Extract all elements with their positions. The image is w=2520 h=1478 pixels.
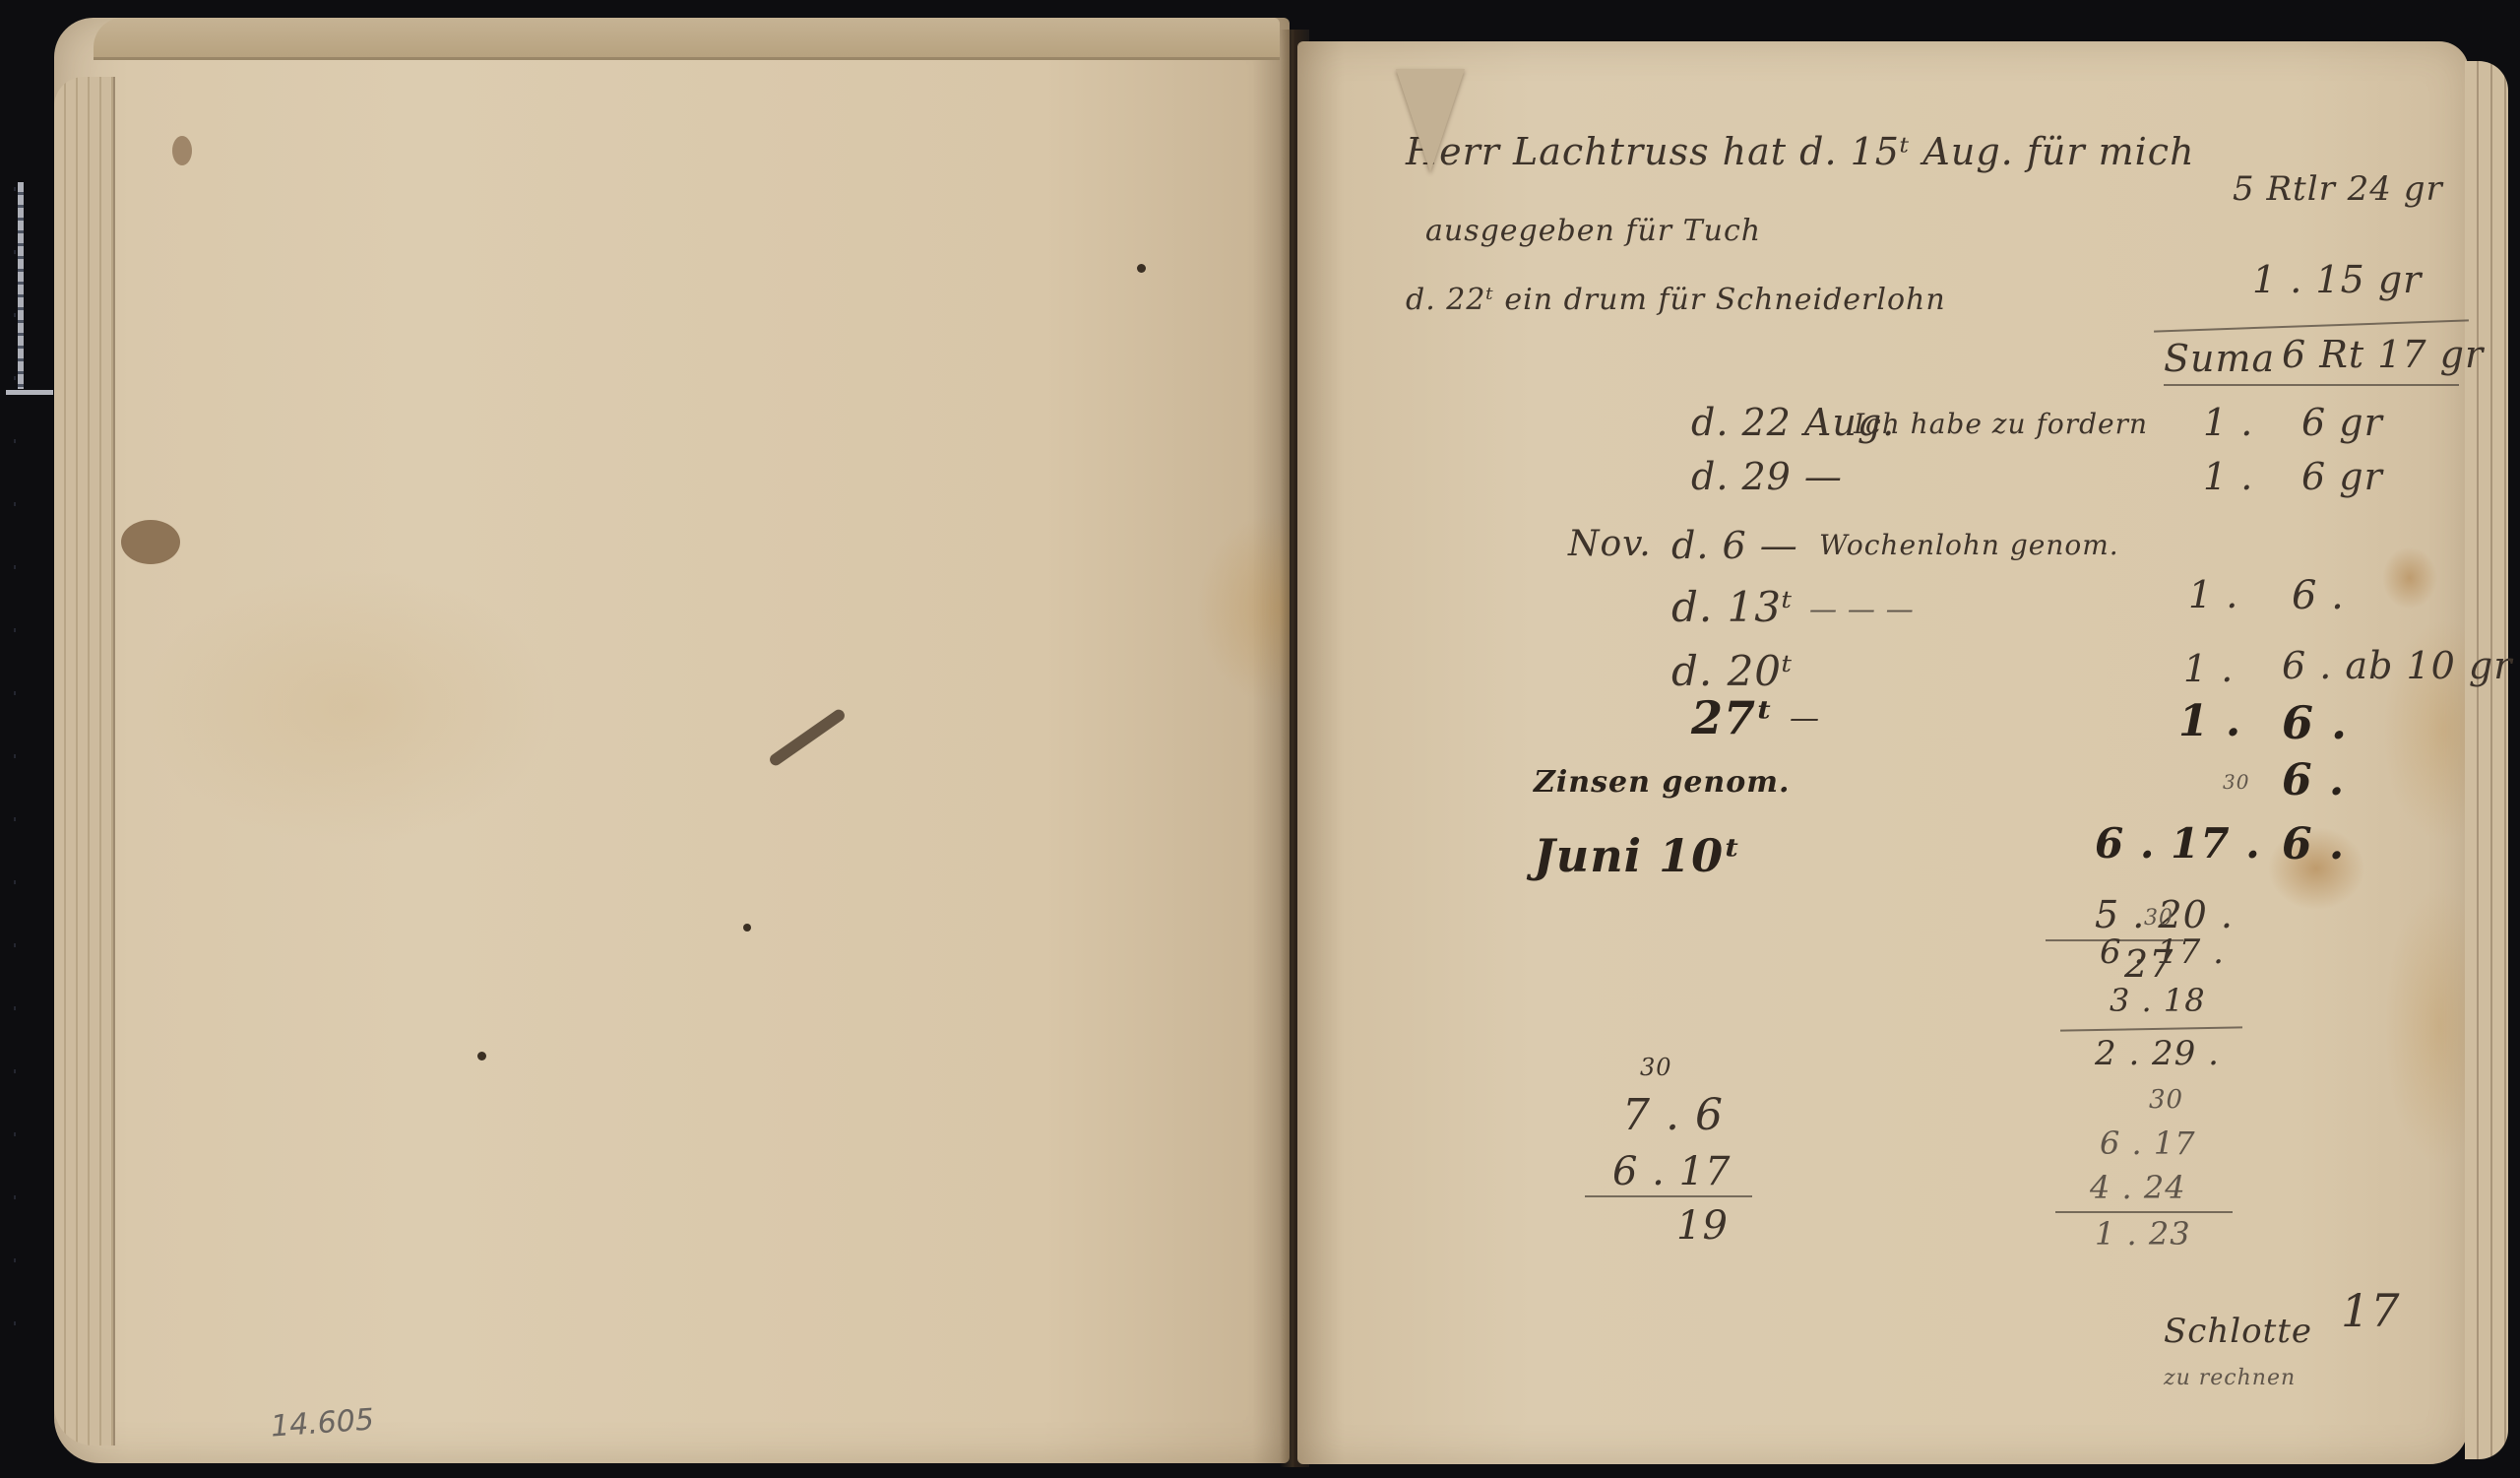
entry-7-text: Zinsen genom.: [1534, 765, 1790, 800]
ink-smudge: [768, 707, 848, 767]
calc-d-line1: 7 . 6: [1622, 1090, 1724, 1140]
dot: [1137, 264, 1146, 273]
sum-rule: [2154, 319, 2469, 332]
right-page: Herr Lachtruss hat d. 15ᵗ Aug. für mich …: [1297, 41, 2469, 1464]
entry-7-rt: 30: [2223, 770, 2249, 794]
entry-5-rt: 1 .: [2183, 647, 2234, 690]
entry-5-date: d. 20ᵗ: [1671, 647, 1793, 695]
torn-notch: [1396, 69, 1465, 172]
entry-2-rt: 1 .: [2203, 455, 2253, 498]
calc-c-rule: [2055, 1211, 2233, 1213]
entry-3-text: Wochenlohn genom.: [1819, 529, 2119, 561]
entry-8-date: Juni 10ᵗ: [1534, 829, 1741, 882]
entry-2-date: d. 29 —: [1691, 455, 1843, 498]
sum-label: Suma: [2164, 337, 2275, 380]
calc-c-line1: 6 . 17: [2100, 1125, 2196, 1162]
calc-b-rule: [2060, 1026, 2242, 1031]
calc-c-carry: 30: [2149, 1085, 2183, 1115]
calc-b-line1: 6 . 17 .: [2100, 932, 2225, 972]
entry-7-gr: 6 .: [2282, 755, 2345, 805]
calc-d-line2: 6 . 17: [1612, 1149, 1732, 1194]
color-scale-bar: [18, 182, 24, 389]
entry-1-text: Ich habe zu fordern: [1854, 408, 2148, 440]
calc-c-result: 1 . 23: [2095, 1215, 2191, 1253]
calc-d-carry: 30: [1640, 1054, 1672, 1081]
dot: [743, 924, 751, 932]
entry-4-text: — — —: [1809, 593, 1915, 625]
entry-4-gr: 6 .: [2292, 573, 2345, 618]
entry-3-date: d. 6 —: [1671, 524, 1798, 567]
ink-stain: [172, 136, 192, 165]
sum-amount: 6 Rt 17 gr: [2282, 333, 2484, 376]
footer-signature: Schlotte: [2164, 1312, 2312, 1351]
scale-ruler-marks: [14, 128, 16, 1359]
entry-6-date: 27ᵗ: [1691, 691, 1774, 744]
header-amount-3: 1 . 15 gr: [2252, 258, 2422, 301]
sum-underline: [2164, 384, 2459, 386]
calc-d-rule: [1585, 1195, 1752, 1197]
left-page-stacked-edges: [54, 77, 115, 1446]
footer-note: zu rechnen: [2164, 1366, 2296, 1390]
calc-c-line2: 4 . 24: [2090, 1169, 2186, 1206]
header-line-1: Herr Lachtruss hat d. 15ᵗ Aug. für mich: [1406, 130, 2195, 173]
header-line-2: ausgegeben für Tuch: [1425, 214, 1761, 248]
calc-b-result: 2 . 29 .: [2095, 1034, 2220, 1073]
header-line-3: d. 22ᵗ ein drum für Schneiderlohn: [1406, 283, 1946, 317]
dot: [477, 1052, 486, 1060]
entry-6-text: —: [1790, 701, 1820, 736]
right-page-fore-edge: [2465, 61, 2508, 1459]
entry-1-gr: 6 gr: [2301, 401, 2383, 444]
ink-stain: [121, 520, 180, 564]
entry-8-gr: 6 .: [2282, 819, 2345, 869]
entry-4-rt: 1 .: [2188, 573, 2238, 616]
page-number: 17: [2341, 1284, 2401, 1337]
entry-5-gr: 6 . ab 10 gr: [2282, 644, 2512, 687]
entry-3-prefix: Nov.: [1568, 524, 1652, 564]
calc-b-line2: 3 . 18: [2110, 982, 2206, 1019]
entry-4-date: d. 13ᵗ: [1671, 583, 1793, 631]
entry-8-rt: 6 . 17 .: [2095, 819, 2261, 868]
entry-2-gr: 6 gr: [2301, 455, 2383, 498]
archive-number: 14.605: [270, 1402, 375, 1444]
header-amount-2: 5 Rtlr 24 gr: [2233, 169, 2443, 209]
left-page-top-edge: [94, 18, 1280, 60]
calc-d-result: 19: [1676, 1203, 1729, 1249]
entry-6-gr: 6 .: [2282, 696, 2348, 749]
left-page: 14.605: [54, 18, 1290, 1463]
entry-1-rt: 1 .: [2203, 401, 2253, 444]
calc-b-carry: 30: [2144, 906, 2173, 931]
entry-6-rt: 1 .: [2178, 696, 2241, 746]
